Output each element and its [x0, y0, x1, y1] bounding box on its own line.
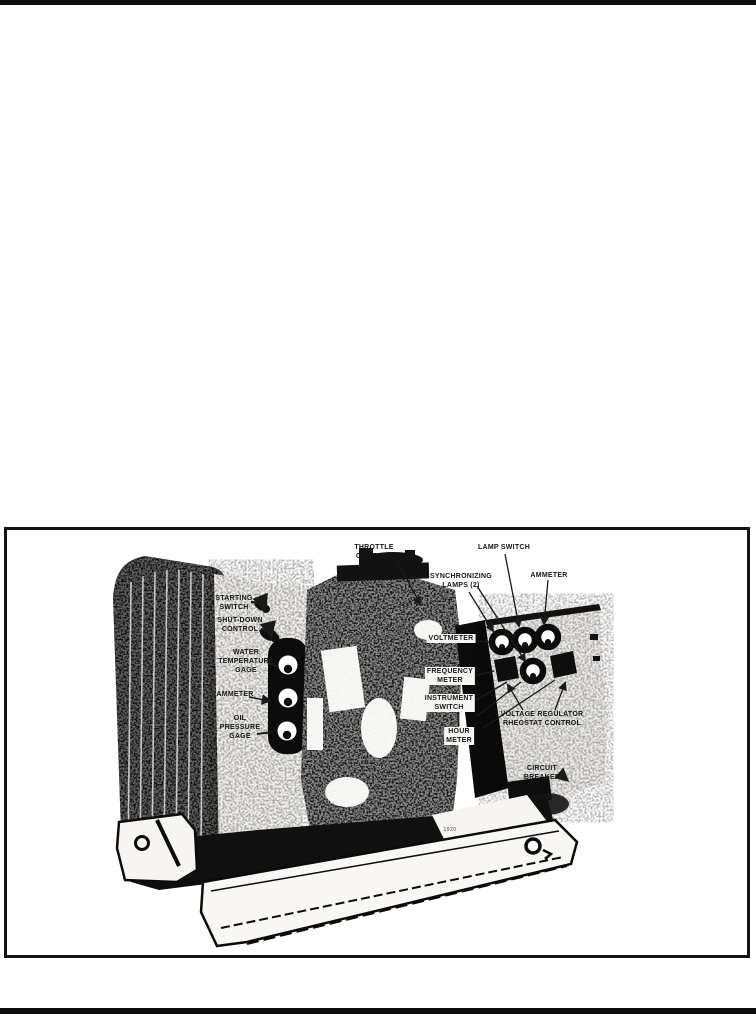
figure-frame: THROTTLE CONTROL LAMP SWITCH SYNCHRONIZI…	[4, 527, 750, 958]
callout-synchronizing-lamps: SYNCHRONIZING LAMPS (2)	[430, 572, 492, 590]
callout-hour-meter: HOUR METER	[444, 727, 474, 745]
callout-starting-switch: STARTING SWITCH	[215, 594, 252, 612]
bottom-rule	[0, 1008, 756, 1014]
callout-instrument-switch: INSTRUMENT SWITCH	[423, 694, 475, 712]
machine-photo	[7, 530, 747, 955]
callout-frequency-meter: FREQUENCY METER	[425, 667, 475, 685]
gauge-cluster	[268, 638, 308, 754]
callout-shut-down-control: SHUT-DOWN CONTROL	[217, 616, 262, 634]
page: { "page": { "background": "#ffffff", "ru…	[0, 0, 756, 1018]
callout-ammeter-right: AMMETER	[530, 571, 567, 580]
callout-voltmeter: VOLTMETER	[427, 634, 476, 643]
callout-oil-pressure-gage: OIL PRESSURE GAGE	[220, 714, 261, 742]
callout-ammeter-left: AMMETER	[216, 690, 253, 699]
plate-number-label: 1920	[443, 827, 456, 834]
callout-lamp-switch: LAMP SWITCH	[478, 543, 530, 552]
callout-voltage-regulator-rheostat-control: VOLTAGE REGULATOR RHEOSTAT CONTROL	[501, 710, 584, 728]
callout-throttle-control: THROTTLE CONTROL	[354, 543, 393, 561]
callout-water-temperature-gage: WATER TEMPERATURE GAGE	[218, 648, 274, 676]
top-rule	[0, 0, 756, 5]
callout-circuit-breaker: CIRCUIT BREAKER	[524, 764, 560, 782]
